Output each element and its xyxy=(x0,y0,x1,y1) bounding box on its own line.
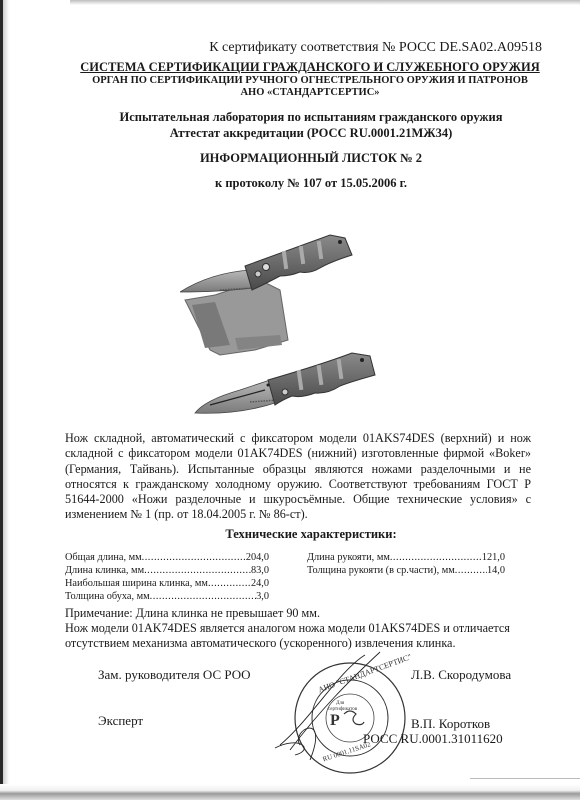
scan-edge-bottom xyxy=(0,784,580,800)
organization-name: АНО «СТАНДАРТСЕРТИС» xyxy=(0,87,580,98)
protocol-reference: к протоколу № 107 от 15.05.2006 г. xyxy=(0,176,580,191)
knives-photo xyxy=(180,210,430,420)
spec-row: Длина клинка, мм83,0 xyxy=(65,564,269,577)
sheet-title: ИНФОРМАЦИОННЫЙ ЛИСТОК № 2 xyxy=(0,151,580,166)
specs-left-column: Общая длина, мм 204,0 Длина клинка, мм83… xyxy=(65,551,269,603)
expert-registration-number: РОСС RU.0001.31011620 xyxy=(363,731,503,747)
certification-organ: ОРГАН ПО СЕРТИФИКАЦИИ РУЧНОГО ОГНЕСТРЕЛЬ… xyxy=(0,75,580,86)
specs-title: Технические характеристики: xyxy=(0,527,580,542)
scan-line xyxy=(470,778,580,779)
scan-edge-top xyxy=(70,0,580,5)
note-line: отсутствием механизма автоматического (у… xyxy=(65,636,510,651)
laboratory-name: Испытательная лаборатория по испытаниям … xyxy=(0,110,580,125)
specs-right-column: Длина рукояти, мм121,0 Толщина рукояти (… xyxy=(307,551,505,577)
spec-row: Общая длина, мм 204,0 xyxy=(65,551,269,564)
signatory-name-deputy: Л.В. Скородумова xyxy=(411,667,511,683)
signatory-role-expert: Эксперт xyxy=(98,713,143,729)
spec-row: Наибольшая ширина клинка, мм24,0 xyxy=(65,577,269,590)
svg-text:Р: Р xyxy=(330,712,340,729)
lower-knife xyxy=(195,353,375,413)
certificate-reference: К сертификату соответствия № РОСС DE.SA0… xyxy=(209,40,542,56)
notes: Примечание: Длина клинка не превышает 90… xyxy=(65,606,510,651)
upper-knife xyxy=(180,235,352,292)
note-line: Примечание: Длина клинка не превышает 90… xyxy=(65,606,510,621)
spec-row: Толщина рукояти (в ср.части), мм14,0 xyxy=(307,564,505,577)
system-title: СИСТЕМА СЕРТИФИКАЦИИ ГРАЖДАНСКОГО И СЛУЖ… xyxy=(0,60,580,75)
description-paragraph: Нож складной, автоматический с фиксаторо… xyxy=(65,431,531,523)
spec-row: Длина рукояти, мм121,0 xyxy=(307,551,505,564)
signatory-role-deputy: Зам. руководителя ОС РОО xyxy=(98,667,251,683)
note-line: Нож модели 01AK74DES является аналогом н… xyxy=(65,621,510,636)
svg-text:Для: Для xyxy=(336,701,345,706)
official-stamp: Р Для сертификатов RU 0001.11SA02 АНО "С… xyxy=(270,650,420,785)
signatory-name-expert: В.П. Коротков xyxy=(411,716,490,732)
accreditation: Аттестат аккредитации (РОСС RU.0001.21МЖ… xyxy=(0,126,580,141)
spec-row: Толщина обуха, мм3,0 xyxy=(65,590,269,603)
svg-text:сертификатов: сертификатов xyxy=(328,707,358,712)
